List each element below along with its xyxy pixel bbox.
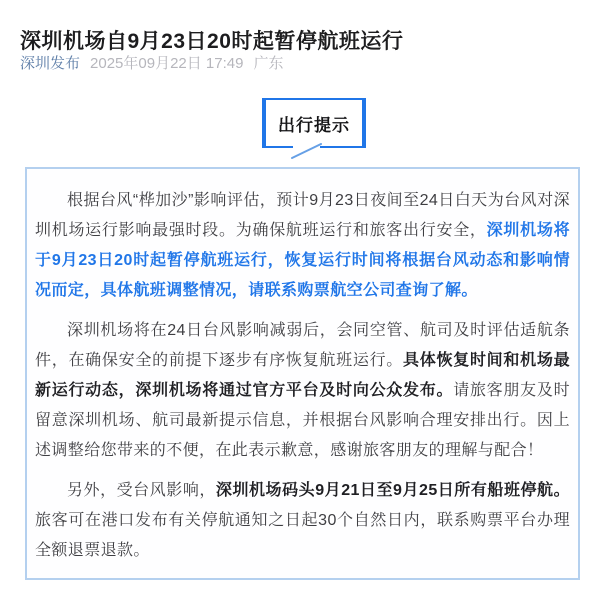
notice-paragraph: 深圳机场将在24日台风影响减弱后，会同空管、航司及时评估适航条件，在确保安全的前… [35, 316, 570, 466]
notice-paragraph: 根据台风“桦加沙”影响评估，预计9月23日夜间至24日白天为台风对深圳机场运行影… [35, 186, 570, 306]
publisher-name[interactable]: 深圳发布 [20, 55, 80, 73]
text-segment: 旅客可在港口发布有关停航通知之日起30个自然日内，联系购票平台办理全额退票退款。 [35, 512, 570, 559]
speech-bubble-tail-icon [290, 143, 324, 159]
article-page: 深圳机场自9月23日20时起暂停航班运行 深圳发布 2025年09月22日 17… [0, 0, 600, 609]
notice-paragraph: 另外，受台风影响，深圳机场码头9月21日至9月25日所有船班停航。旅客可在港口发… [35, 476, 570, 566]
travel-tip-badge: 出行提示 [262, 98, 366, 148]
publish-datetime: 2025年09月22日 17:49 [90, 55, 243, 73]
notice-panel: 根据台风“桦加沙”影响评估，预计9月23日夜间至24日白天为台风对深圳机场运行影… [25, 167, 580, 580]
article-title: 深圳机场自9月23日20时起暂停航班运行 [20, 27, 580, 57]
byline: 深圳发布 2025年09月22日 17:49 广东 [20, 55, 580, 73]
travel-tip-label: 出行提示 [278, 111, 350, 136]
text-segment: 深圳机场码头9月21日至9月25日所有船班停航。 [216, 482, 570, 499]
text-segment: 另外，受台风影响， [67, 482, 216, 499]
publish-location: 广东 [253, 55, 283, 73]
